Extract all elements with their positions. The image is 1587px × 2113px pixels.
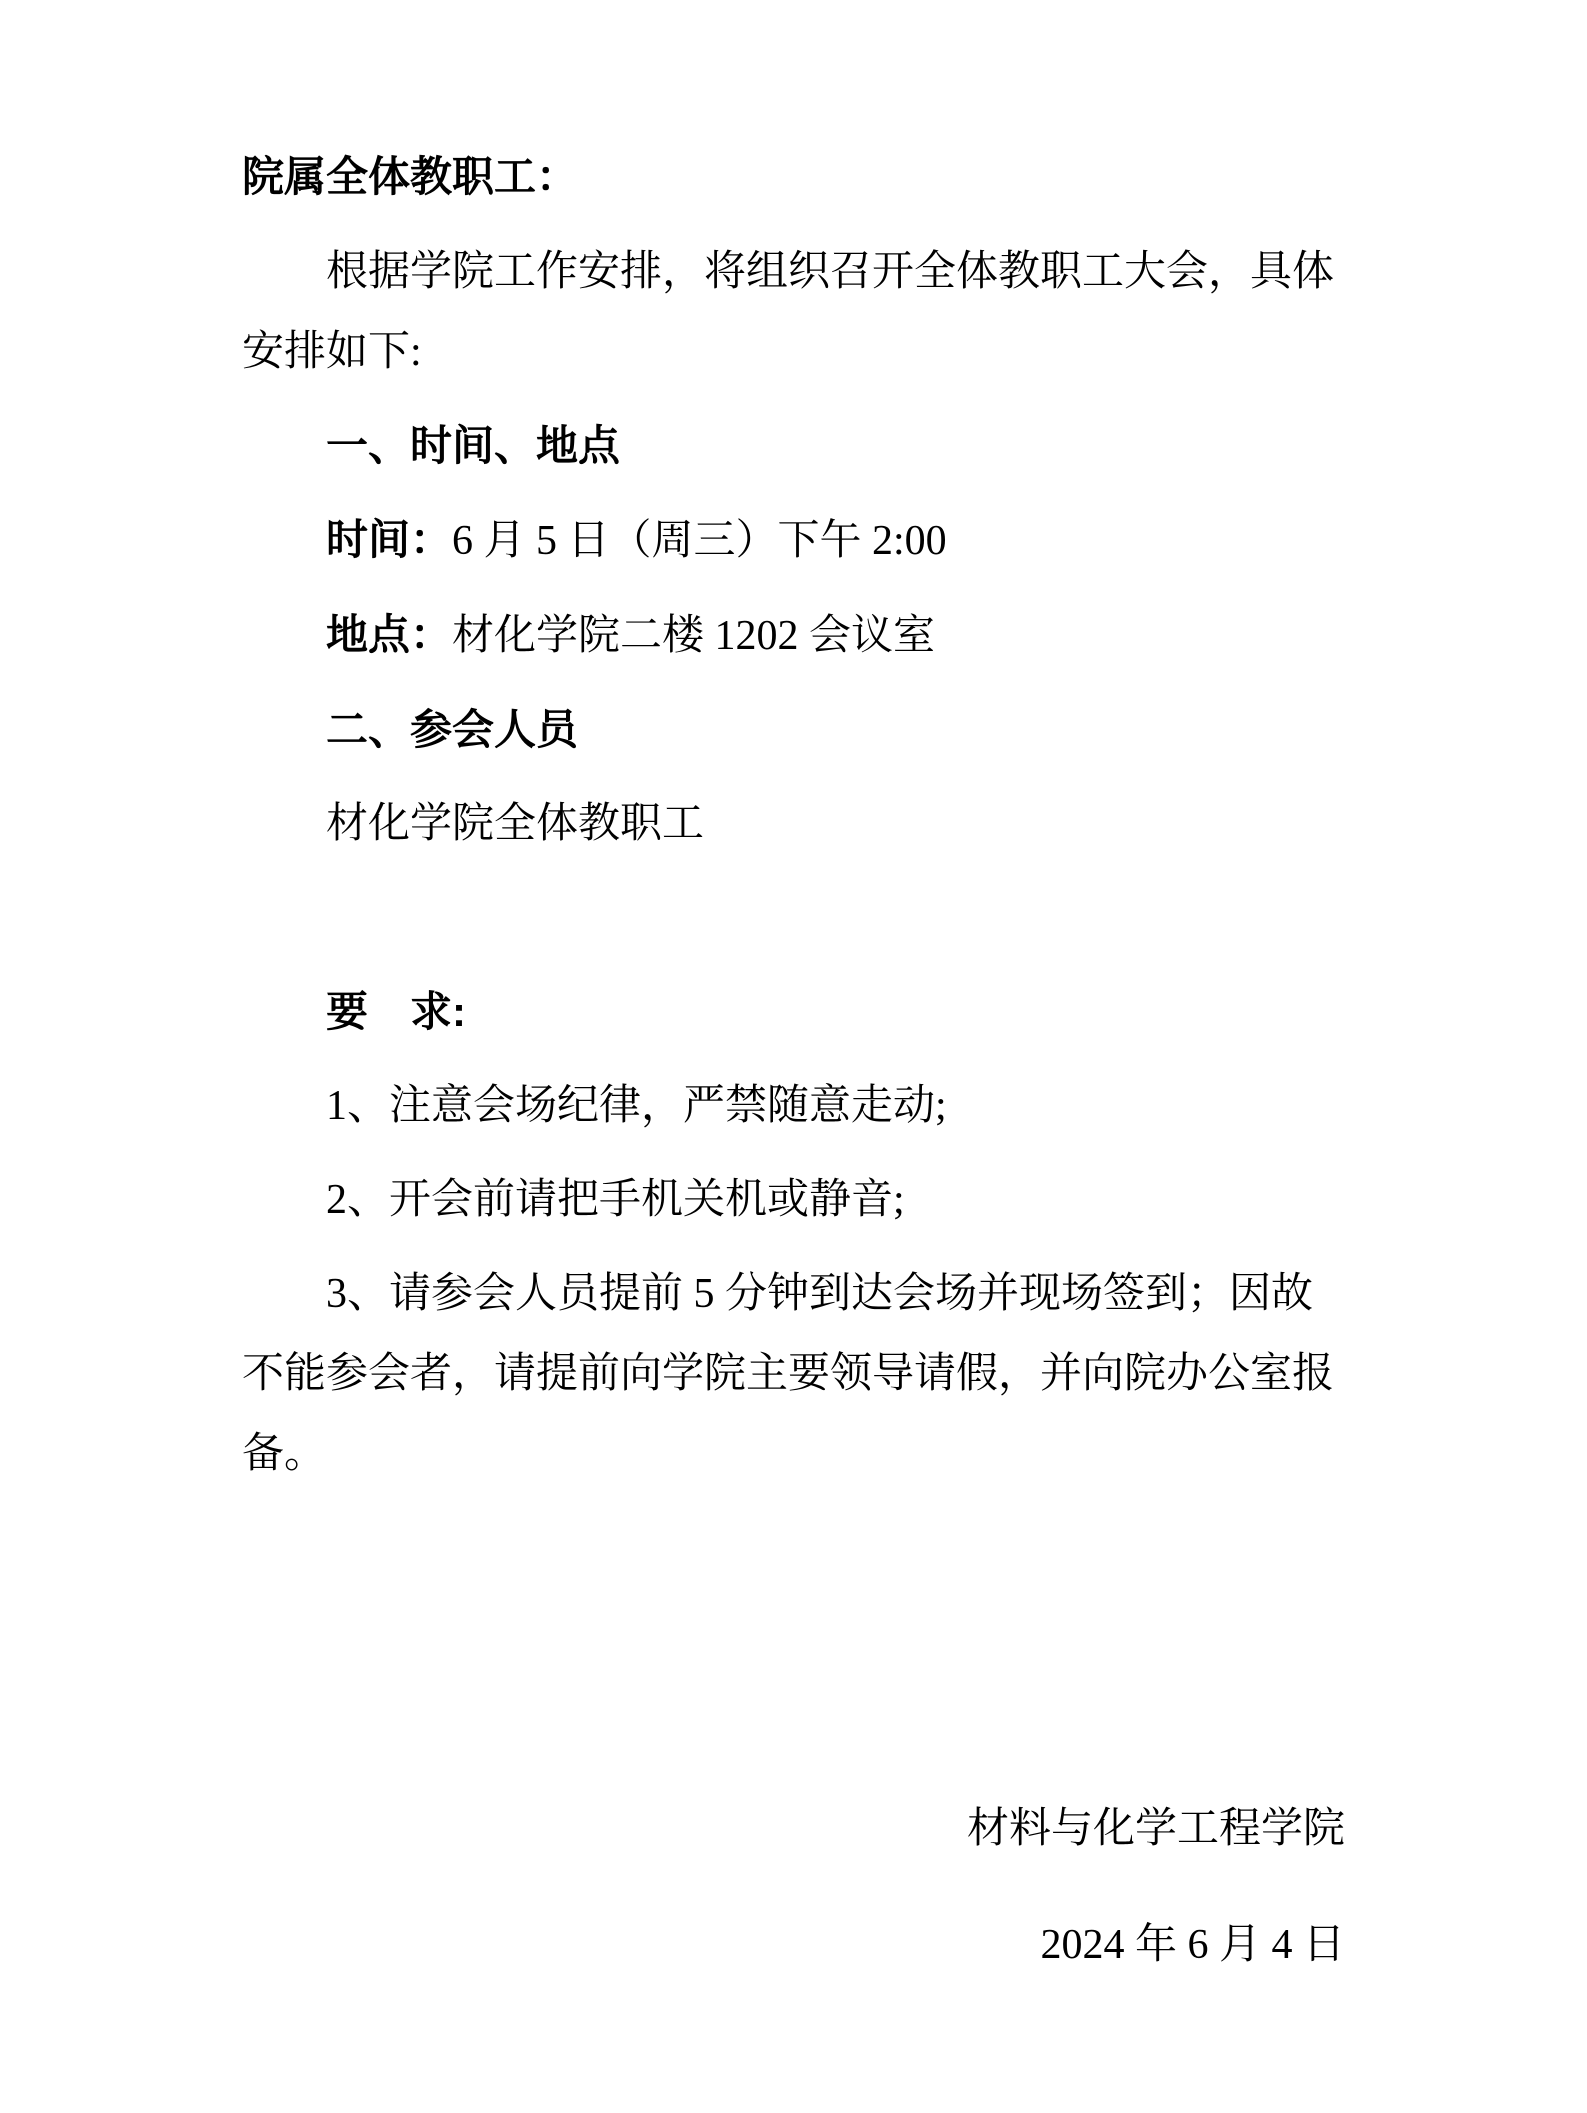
place-label: 地点：: [326, 611, 452, 658]
section-heading-attendees: 二、参会人员: [242, 690, 1345, 770]
time-value: 6 月 5 日（周三）下午 2:00: [452, 518, 947, 564]
spacer-line: [242, 878, 1345, 958]
section-heading-time-place: 一、时间、地点: [242, 406, 1345, 486]
time-label: 时间：: [326, 516, 452, 563]
requirement-item-1: 1、注意会场纪律，严禁随意走动;: [242, 1066, 1345, 1146]
requirement-item-2: 2、开会前请把手机关机或静音;: [242, 1160, 1345, 1240]
place-line: 地点：材化学院二楼 1202 会议室: [242, 595, 1345, 676]
signature: 材料与化学工程学院: [242, 1789, 1345, 1869]
attendees-line: 材化学院全体教职工: [242, 784, 1345, 864]
salutation: 院属全体教职工：: [242, 138, 1345, 218]
intro-paragraph: 根据学院工作安排，将组织召开全体教职工大会，具体安排如下:: [242, 232, 1345, 392]
time-line: 时间：6 月 5 日（周三）下午 2:00: [242, 500, 1345, 581]
requirement-item-3: 3、请参会人员提前 5 分钟到达会场并现场签到；因故不能参会者，请提前向学院主要…: [242, 1254, 1345, 1494]
requirements-heading: 要 求:: [242, 972, 1345, 1052]
document-page: 院属全体教职工： 根据学院工作安排，将组织召开全体教职工大会，具体安排如下: 一…: [0, 0, 1587, 2113]
place-value: 材化学院二楼 1202 会议室: [452, 613, 935, 659]
date-line: 2024 年 6 月 4 日: [242, 1905, 1345, 1985]
